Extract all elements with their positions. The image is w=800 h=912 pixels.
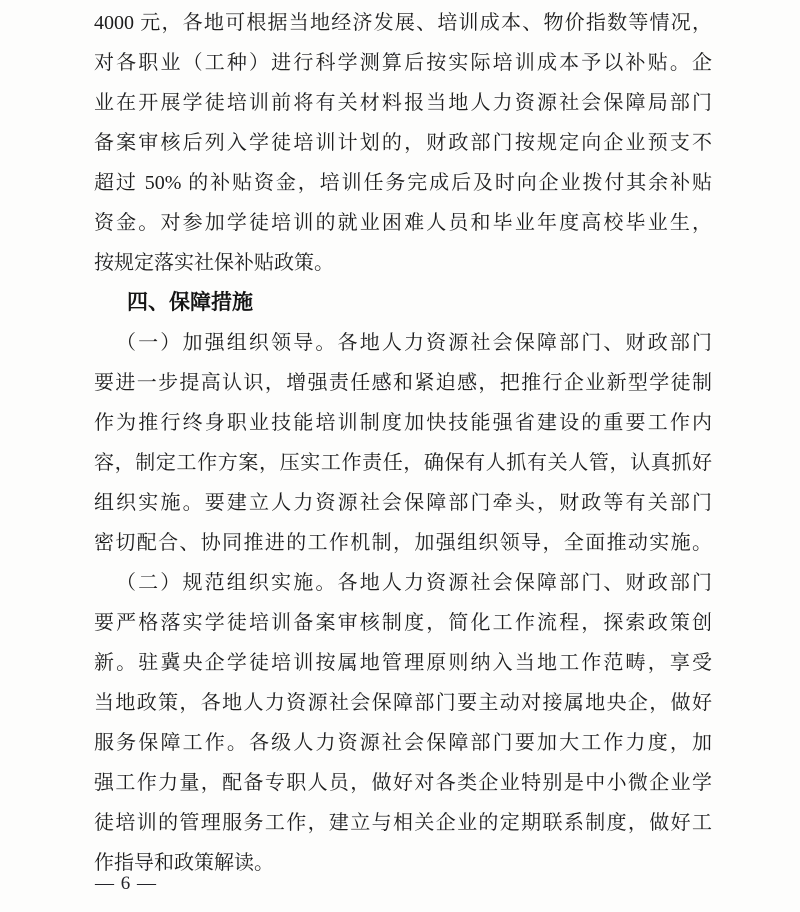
text-line: 业在开展学徒培训前将有关材料报当地人力资源社会保障局部门 xyxy=(94,83,712,123)
paragraph-start-line: （一）加强组织领导。各地人力资源社会保障部门、财政部门 xyxy=(94,323,712,363)
text-line: 容，制定工作方案，压实工作责任，确保有人抓有关人管，认真抓好 xyxy=(94,443,712,483)
text-line: 服务保障工作。各级人力资源社会保障部门要加大工作力度，加 xyxy=(94,723,712,763)
text-line: 密切配合、协同推进的工作机制，加强组织领导，全面推动实施。 xyxy=(94,523,712,563)
text-line: 作指导和政策解读。 xyxy=(94,843,712,883)
text-line: 4000 元，各地可根据当地经济发展、培训成本、物价指数等情况， xyxy=(94,3,712,43)
text-line: 按规定落实社保补贴政策。 xyxy=(94,243,712,283)
text-line: 要进一步提高认识，增强责任感和紧迫感，把推行企业新型学徒制 xyxy=(94,363,712,403)
text-line: 要严格落实学徒培训备案审核制度，简化工作流程，探索政策创 xyxy=(94,603,712,643)
text-line: 备案审核后列入学徒培训计划的，财政部门按规定向企业预支不 xyxy=(94,123,712,163)
page-number: — 6 — xyxy=(95,869,157,899)
text-line: 对各职业（工种）进行科学测算后按实际培训成本予以补贴。企 xyxy=(94,43,712,83)
text-line: 作为推行终身职业技能培训制度加快技能强省建设的重要工作内 xyxy=(94,403,712,443)
paragraph-start-line: （二）规范组织实施。各地人力资源社会保障部门、财政部门 xyxy=(94,563,712,603)
text-line: 资金。对参加学徒培训的就业困难人员和毕业年度高校毕业生， xyxy=(94,203,712,243)
text-line: 新。驻冀央企学徒培训按属地管理原则纳入当地工作范畴，享受 xyxy=(94,643,712,683)
text-line: 超过 50% 的补贴资金，培训任务完成后及时向企业拨付其余补贴 xyxy=(94,163,712,203)
document-text-block: 4000 元，各地可根据当地经济发展、培训成本、物价指数等情况， 对各职业（工种… xyxy=(94,3,712,883)
text-line: 强工作力量，配备专职人员，做好对各类企业特别是中小微企业学 xyxy=(94,763,712,803)
text-line: 组织实施。要建立人力资源社会保障部门牵头，财政等有关部门 xyxy=(94,483,712,523)
document-page: 4000 元，各地可根据当地经济发展、培训成本、物价指数等情况， 对各职业（工种… xyxy=(0,0,800,912)
section-heading: 四、保障措施 xyxy=(94,283,712,323)
text-line: 徒培训的管理服务工作，建立与相关企业的定期联系制度，做好工 xyxy=(94,803,712,843)
text-line: 当地政策，各地人力资源社会保障部门要主动对接属地央企，做好 xyxy=(94,683,712,723)
